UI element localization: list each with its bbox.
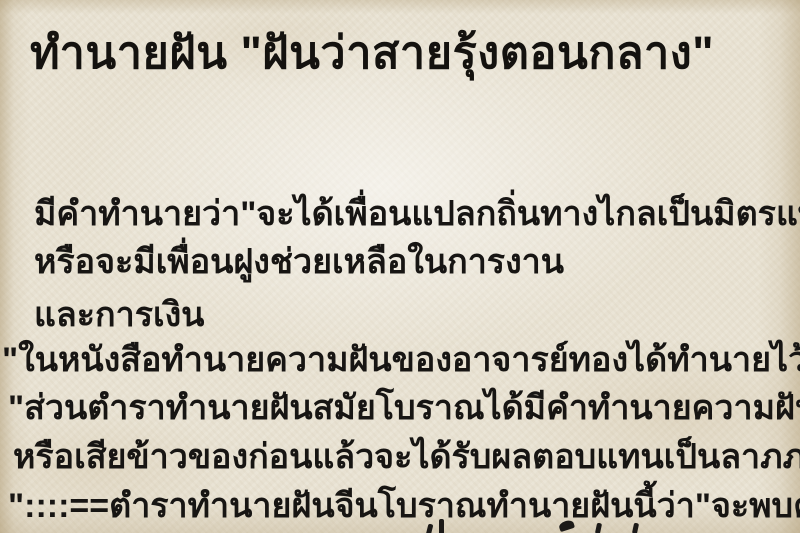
body-text-line: มีคำทำนายว่า"จะได้เพื่อนแปลกถิ่นทางไกลเป… (34, 186, 800, 240)
body-text-line: "::::==ตำราทำนายฝันจีนโบราณทำนายฝันนี้ว่… (8, 478, 800, 532)
body-text-line: "ส่วนตำราทำนายฝันสมัยโบราณได้มีคำทำนายคว… (8, 380, 800, 434)
body-text-line: "ในหนังสือทำนายความฝันของอาจารย์ทองได้ทำ… (2, 332, 800, 386)
page-title: ทำนายฝัน "ฝันว่าสายรุ้งตอนกลาง" (30, 16, 714, 88)
paper-page-background: ทำนายฝัน "ฝันว่าสายรุ้งตอนกลาง" มีคำทำนา… (0, 0, 800, 533)
body-text-line: หรือจะมีเพื่อนฝูงช่วยเหลือในการงาน (34, 234, 564, 288)
body-text-line: หรือเสียข้าวของก่อนแล้วจะได้รับผลตอบแทนเ… (13, 429, 800, 483)
tone-mark-fragment (439, 519, 444, 533)
